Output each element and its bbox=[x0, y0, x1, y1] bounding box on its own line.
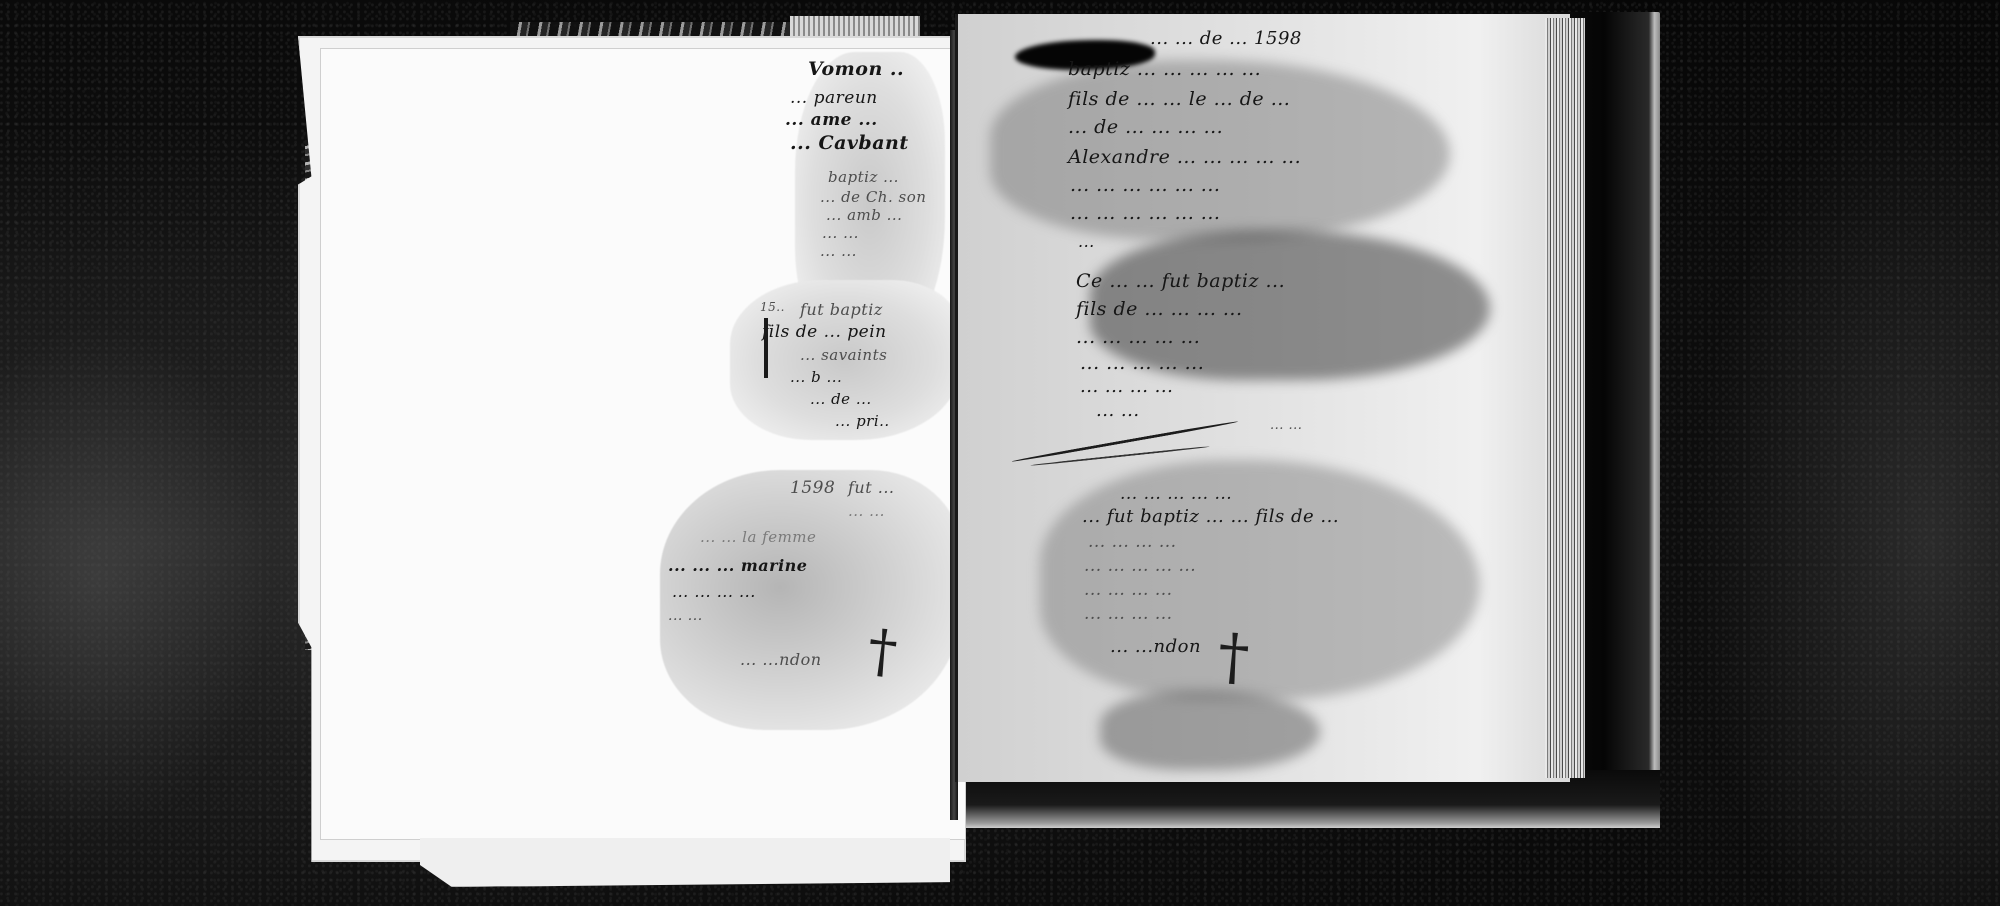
fragment-3-line-5: ... ... ... ... bbox=[672, 582, 756, 601]
fragment-1-line-3: ... ame ... bbox=[785, 110, 878, 130]
fragment-1b-line-3: ... amb ... bbox=[826, 206, 902, 224]
fragment-3-line-1: fut ... bbox=[848, 478, 895, 497]
fragment-3-line-7: ... ...ndon bbox=[740, 650, 822, 669]
entry-1-line-1: baptiz ... ... ... ... ... bbox=[1068, 58, 1261, 80]
fragment-2-line-1: fut baptiz bbox=[800, 300, 883, 319]
table-surface-highlight-right bbox=[1650, 0, 2000, 906]
entry-1-line-7: ... bbox=[1078, 232, 1095, 251]
entry-1-line-6: ... ... ... ... ... ... bbox=[1070, 202, 1220, 224]
fragment-2-year-note: 15.. bbox=[760, 300, 785, 314]
entry-3-line-4: ... ... ... ... ... bbox=[1084, 556, 1196, 576]
fragment-1-line-4: ... Cavbant bbox=[790, 132, 909, 154]
table-surface-highlight-left bbox=[0, 250, 320, 906]
entry-3-signature-mark: † bbox=[1216, 625, 1251, 689]
fragment-1-line-2: ... pareun bbox=[790, 88, 878, 108]
entry-3-line-1: ... ... ... ... ... bbox=[1120, 484, 1232, 504]
fragment-3-line-6: ... ... bbox=[668, 608, 703, 624]
fragment-3-line-2: ... ... bbox=[848, 502, 885, 520]
entry-3-line-7: ... ...ndon bbox=[1110, 636, 1201, 657]
page-stain-bottom bbox=[1100, 690, 1320, 770]
entry-2-margin-note: ... ... bbox=[1270, 418, 1302, 433]
entry-2-line-5: ... ... ... ... bbox=[1080, 376, 1173, 397]
entry-2-line-6: ... ... bbox=[1096, 400, 1140, 421]
entry-3-line-6: ... ... ... ... bbox=[1084, 604, 1173, 624]
entry-2-line-3: ... ... ... ... ... bbox=[1076, 326, 1200, 348]
entry-1-line-4: Alexandre ... ... ... ... ... bbox=[1068, 146, 1301, 168]
entry-3-line-3: ... ... ... ... bbox=[1088, 532, 1177, 552]
page-block-edges bbox=[1545, 18, 1585, 778]
fragment-2-cross-mark bbox=[764, 318, 774, 378]
fragment-1b-line-1: baptiz ... bbox=[828, 168, 899, 186]
entry-3-line-2: ... fut baptiz ... ... fils de ... bbox=[1082, 506, 1339, 527]
fragment-2-line-5: ... de ... bbox=[810, 390, 872, 408]
page-heading: ... ... de ... 1598 bbox=[1150, 28, 1302, 49]
left-sheet-bottom-flap bbox=[420, 838, 950, 887]
fragment-1b-line-2: ... de Ch. son bbox=[820, 188, 926, 206]
fragment-1b-line-5: ... ... bbox=[820, 242, 857, 260]
fragment-1b-line-4: ... ... bbox=[822, 224, 859, 242]
entry-3-line-5: ... ... ... ... bbox=[1084, 580, 1173, 600]
entry-1-line-3: ... de ... ... ... ... bbox=[1068, 116, 1223, 138]
fragment-2-line-3: ... savaints bbox=[800, 346, 887, 364]
fragment-3-line-3: ... ... la femme bbox=[700, 528, 816, 546]
entry-1-line-5: ... ... ... ... ... ... bbox=[1070, 174, 1220, 196]
fragment-2-line-2: fils de ... pein bbox=[762, 322, 887, 342]
binding-headband bbox=[790, 16, 920, 38]
entry-2-line-4: ... ... ... ... ... bbox=[1080, 352, 1204, 374]
entry-2-line-1: Ce ... ... fut baptiz ... bbox=[1076, 270, 1285, 292]
fragment-2-line-4: ... b ... bbox=[790, 368, 842, 386]
fragment-3-year-note: 1598 bbox=[790, 478, 835, 498]
fragment-3-line-4: ... ... ... marine bbox=[668, 556, 807, 575]
entry-2-line-2: fils de ... ... ... ... bbox=[1076, 298, 1243, 320]
fragment-1-line-1: Vomon .. bbox=[808, 58, 904, 80]
scan-canvas: Vomon .. ... pareun ... ame ... ... Cavb… bbox=[0, 0, 2000, 906]
fragment-3-signature-mark: † bbox=[865, 621, 900, 682]
fragment-2-line-6: ... pri.. bbox=[835, 412, 890, 430]
entry-1-line-2: fils de ... ... le ... de ... bbox=[1068, 88, 1290, 110]
